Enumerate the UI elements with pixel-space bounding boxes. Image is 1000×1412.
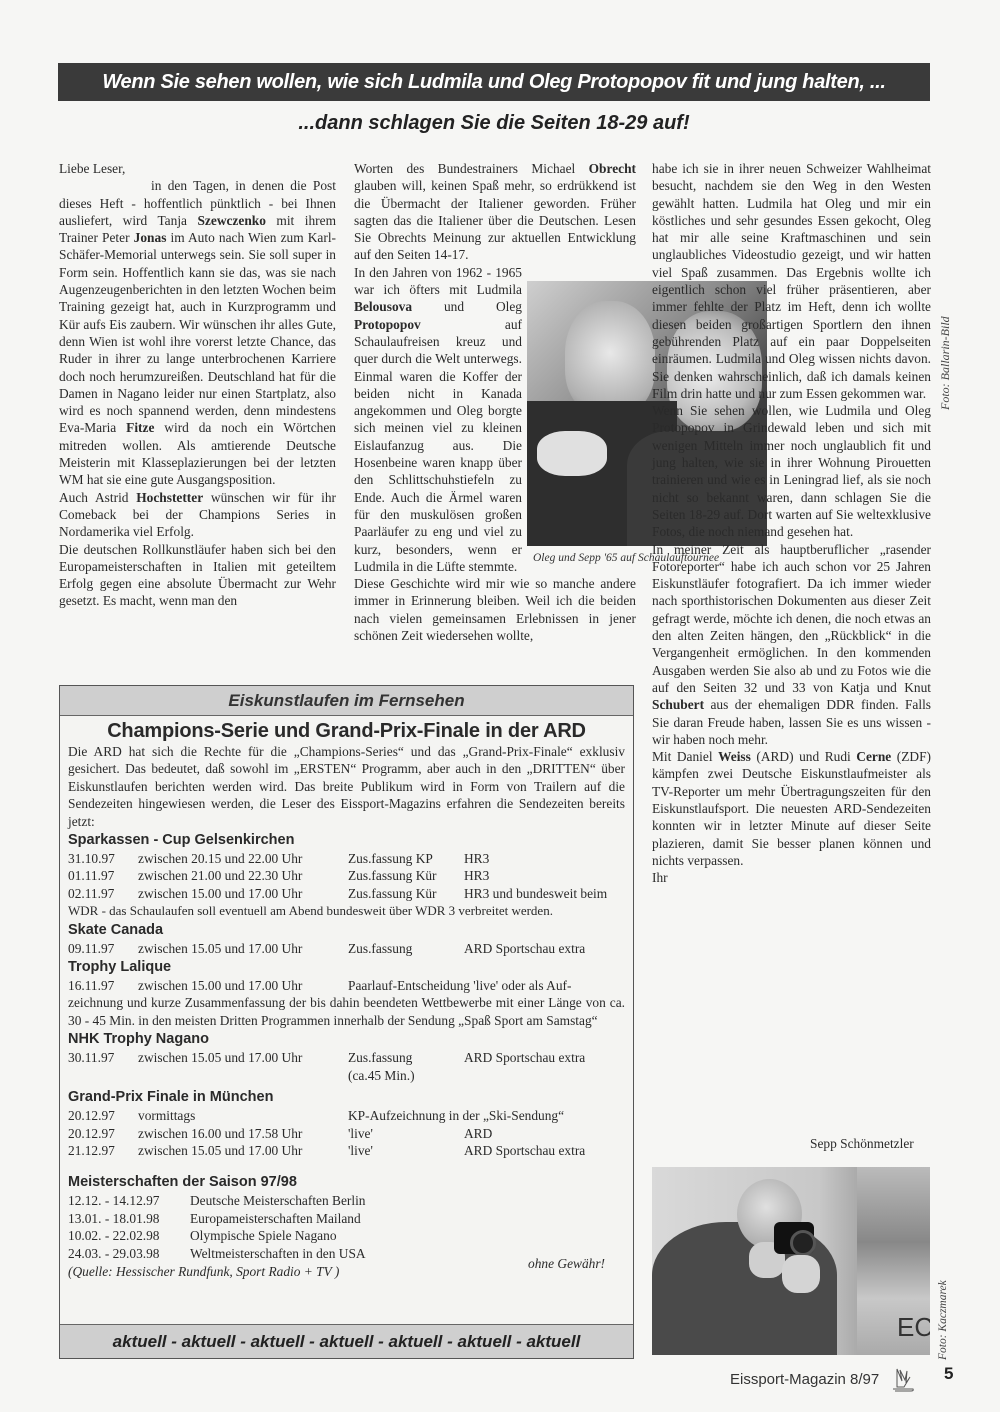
disclaimer: ohne Gewähr! [528, 1255, 605, 1280]
paragraph: habe ich sie in ihrer neuen Schweizer Wa… [652, 160, 931, 402]
page-footer: Eissport-Magazin 8/97 [730, 1367, 933, 1393]
sub-headline: ...dann schlagen Sie die Seiten 18-29 au… [58, 112, 930, 135]
schedule-row: 21.12.97zwischen 15.05 und 17.00 Uhr'liv… [68, 1142, 625, 1159]
page-number: 5 [944, 1364, 953, 1384]
schedule-row: 20.12.97zwischen 16.00 und 17.58 Uhr'liv… [68, 1125, 625, 1142]
championship-row: 12.12. - 14.12.97Deutsche Meisterschafte… [68, 1192, 625, 1209]
photo-photographer: EC [652, 1167, 930, 1355]
tv-box-header: Eiskunstlaufen im Fernsehen [60, 686, 633, 716]
tv-box-title: Champions-Serie und Grand-Prix-Finale in… [60, 720, 633, 743]
photo-credit: Foto: Kaczmarek [937, 1250, 953, 1360]
paragraph: In den Jahren von 1962 - 1965 war ich öf… [354, 264, 522, 575]
paragraph: Diese Geschichte wird mir wie so manche … [354, 575, 636, 644]
headline-banner: Wenn Sie sehen wollen, wie sich Ludmila … [58, 63, 930, 101]
source-note: (Quelle: Hessischer Rundfunk, Sport Radi… [68, 1263, 339, 1280]
championship-row: 13.01. - 18.01.98Europameisterschaften M… [68, 1210, 625, 1227]
editorial-column-3: habe ich sie in ihrer neuen Schweizer Wa… [652, 160, 931, 886]
championship-row: 10.02. - 22.02.98Olympische Spiele Nagan… [68, 1227, 625, 1244]
paragraph: Mit Daniel Weiss (ARD) und Rudi Cerne (Z… [652, 748, 931, 869]
paragraph: Worten des Bundestrainers Michael Obrech… [354, 160, 636, 264]
schedule-note: WDR - das Schaulaufen soll eventuell am … [68, 902, 625, 919]
tv-box-footer: aktuell - aktuell - aktuell - aktuell - … [60, 1324, 633, 1358]
schedule-row: 20.12.97vormittagsKP-Aufzeichnung in der… [68, 1107, 625, 1124]
schedule-row: 30.11.97zwischen 15.05 und 17.00 UhrZus.… [68, 1049, 625, 1066]
schedule-row: (ca.45 Min.) [68, 1067, 625, 1084]
skater-logo-icon [891, 1367, 915, 1393]
magazine-name: Eissport-Magazin 8/97 [730, 1371, 879, 1388]
photo-credit: Foto: Ballarin-Bild [938, 290, 954, 410]
schedule-row: 31.10.97zwischen 20.15 und 22.00 UhrZus.… [68, 850, 625, 867]
editorial-column-1: Liebe Leser, in den Tagen, in denen die … [59, 160, 336, 610]
paragraph: Auch Astrid Hochstetter wünschen wir für… [59, 489, 336, 541]
section-title: Trophy Lalique [68, 958, 625, 977]
paragraph: Die deutschen Rollkunstläufer haben sich… [59, 541, 336, 610]
schedule-row: 02.11.97zwischen 15.00 und 17.00 UhrZus.… [68, 885, 625, 902]
salutation: Liebe Leser, [59, 160, 336, 177]
signature: Sepp Schönmetzler [810, 1136, 914, 1152]
section-title: Grand-Prix Finale in München [68, 1088, 625, 1107]
section-title: Sparkassen - Cup Gelsenkirchen [68, 831, 625, 850]
tv-schedule-box: Eiskunstlaufen im Fernsehen Champions-Se… [59, 685, 634, 1359]
paragraph: in den Tagen, in denen die Post dieses H… [59, 177, 336, 488]
schedule-note: zeichnung und kurze Zusammenfassung der … [68, 994, 625, 1029]
section-title: NHK Trophy Nagano [68, 1030, 625, 1049]
section-title: Skate Canada [68, 921, 625, 940]
paragraph: In meiner Zeit als hauptberuflicher „ras… [652, 541, 931, 749]
schedule-row: 16.11.97zwischen 15.00 und 17.00 UhrPaar… [68, 977, 625, 994]
tv-intro: Die ARD hat sich die Rechte für die „Cha… [68, 743, 625, 830]
schedule-row: 09.11.97zwischen 15.05 und 17.00 UhrZus.… [68, 940, 625, 957]
section-title: Meisterschaften der Saison 97/98 [68, 1173, 625, 1192]
paragraph: Wenn Sie sehen wollen, wie Ludmila und O… [652, 402, 931, 540]
schedule-row: 01.11.97zwischen 21.00 und 22.30 UhrZus.… [68, 867, 625, 884]
closing: Ihr [652, 869, 931, 886]
